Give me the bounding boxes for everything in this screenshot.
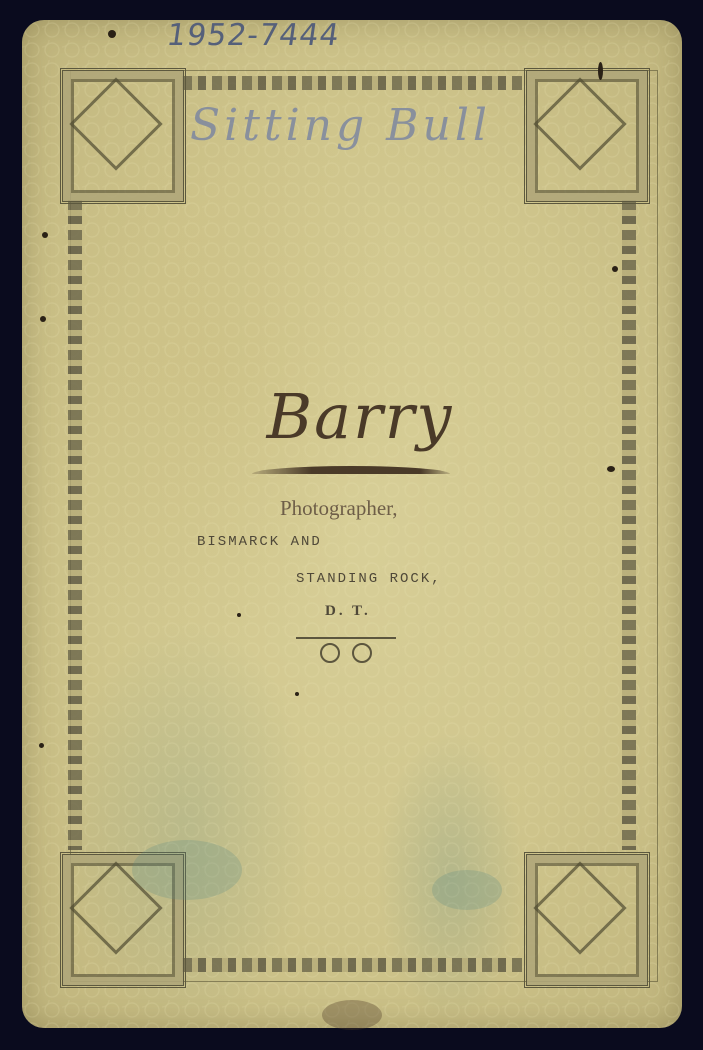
- ink-spot: [295, 692, 299, 696]
- ink-spot: [607, 466, 615, 472]
- studio-name: Barry: [250, 380, 470, 453]
- ink-spot: [40, 316, 46, 322]
- corner-ornament-top-right: [524, 68, 650, 204]
- frame-left-border: [68, 200, 82, 850]
- location-line-1: BISMARCK AND: [197, 534, 322, 550]
- corner-ornament-top-left: [60, 68, 186, 204]
- frame-bottom-border: [182, 958, 522, 972]
- handwritten-note: Sitting Bull: [190, 100, 491, 151]
- ink-spot: [39, 743, 44, 748]
- cabinet-card: [22, 20, 682, 1028]
- ink-spot: [598, 62, 603, 80]
- accession-number: 1952-7444: [165, 18, 342, 53]
- ink-spot: [108, 30, 116, 38]
- corner-ornament-bottom-right: [524, 852, 650, 988]
- ink-spot: [42, 232, 48, 238]
- frame-right-border: [622, 200, 636, 850]
- occupation-text: Photographer,: [280, 496, 398, 521]
- stain: [432, 870, 502, 910]
- ink-spot: [237, 613, 241, 617]
- flourish-ornament: [296, 637, 396, 663]
- stain: [132, 840, 242, 900]
- location-line-2: STANDING ROCK,: [296, 571, 442, 587]
- location-line-3: D. T.: [325, 603, 371, 620]
- stain: [322, 1000, 382, 1030]
- frame-top-border: [182, 76, 522, 90]
- ink-spot: [612, 266, 618, 272]
